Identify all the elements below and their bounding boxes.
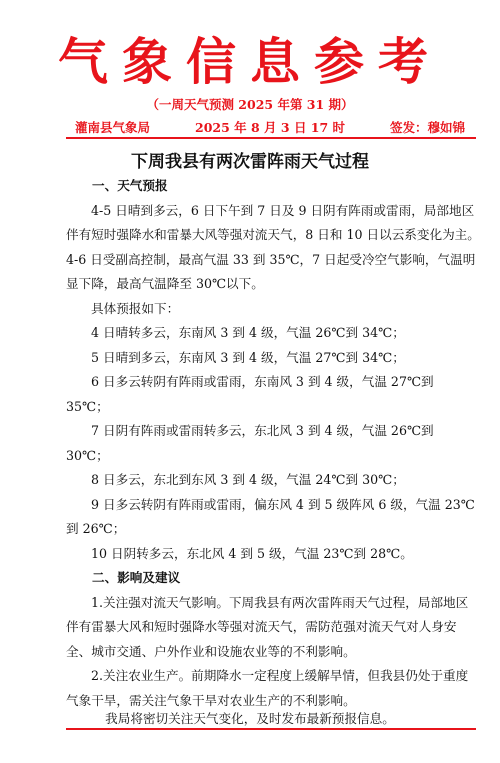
paragraph: 4-5 日晴到多云，6 日下午到 7 日及 9 日阴有阵雨或雷雨，局部地区伴有短… [66,199,480,297]
signoff: 签发：穆如锦 [390,118,465,136]
forecast-day: 5 日晴到多云，东南风 3 到 4 级，气温 27℃到 34℃； [66,346,480,371]
forecast-day: 10 日阴转多云，东北风 4 到 5 级，气温 23℃到 28℃。 [66,542,480,567]
forecast-day: 8 日多云，东北到东风 3 到 4 级，气温 24℃到 30℃； [66,468,480,493]
headline: 下周我县有两次雷阵雨天气过程 [0,147,500,172]
forecast-day: 9 日多云转阴有阵雨或雷雨，偏东风 4 到 5 级阵风 6 级，气温 23℃到 … [66,493,480,542]
paragraph: 1.关注强对流天气影响。下周我县有两次雷阵雨天气过程，局部地区伴有雷暴大风和短时… [66,591,480,665]
section-heading-advice: 二、影响及建议 [66,566,480,591]
document-page: 气象信息参考 （一周天气预测 2025 年第 31 期） 灌南县气象局 2025… [0,0,500,763]
forecast-day: 4 日晴转多云，东南风 3 到 4 级，气温 26℃到 34℃； [66,321,480,346]
forecast-day: 6 日多云转阴有阵雨或雷雨，东南风 3 到 4 级，气温 27℃到 35℃； [66,370,480,419]
document-body: 一、天气预报 4-5 日晴到多云，6 日下午到 7 日及 9 日阴有阵雨或雷雨，… [66,174,480,713]
header-divider [66,137,476,139]
paragraph: 2.关注农业生产。前期降水一定程度上缓解旱情，但我县仍处于重度气象干旱，需关注气… [66,664,480,713]
footer-divider [66,728,476,730]
issuer: 灌南县气象局 [75,118,150,136]
issue-date: 2025 年 8 月 3 日 17 时 [195,118,345,136]
meta-row: 灌南县气象局 2025 年 8 月 3 日 17 时 签发：穆如锦 [75,118,465,134]
footer-note: 我局将密切关注天气变化，及时发布最新预报信息。 [0,708,500,727]
section-heading-forecast: 一、天气预报 [66,174,480,199]
forecast-day: 7 日阴有阵雨或雷雨转多云，东北风 3 到 4 级，气温 26℃到 30℃； [66,419,480,468]
paragraph: 具体预报如下： [66,297,480,322]
masthead-title: 气象信息参考 [0,28,500,88]
issue-line: （一周天气预测 2025 年第 31 期） [0,95,500,113]
